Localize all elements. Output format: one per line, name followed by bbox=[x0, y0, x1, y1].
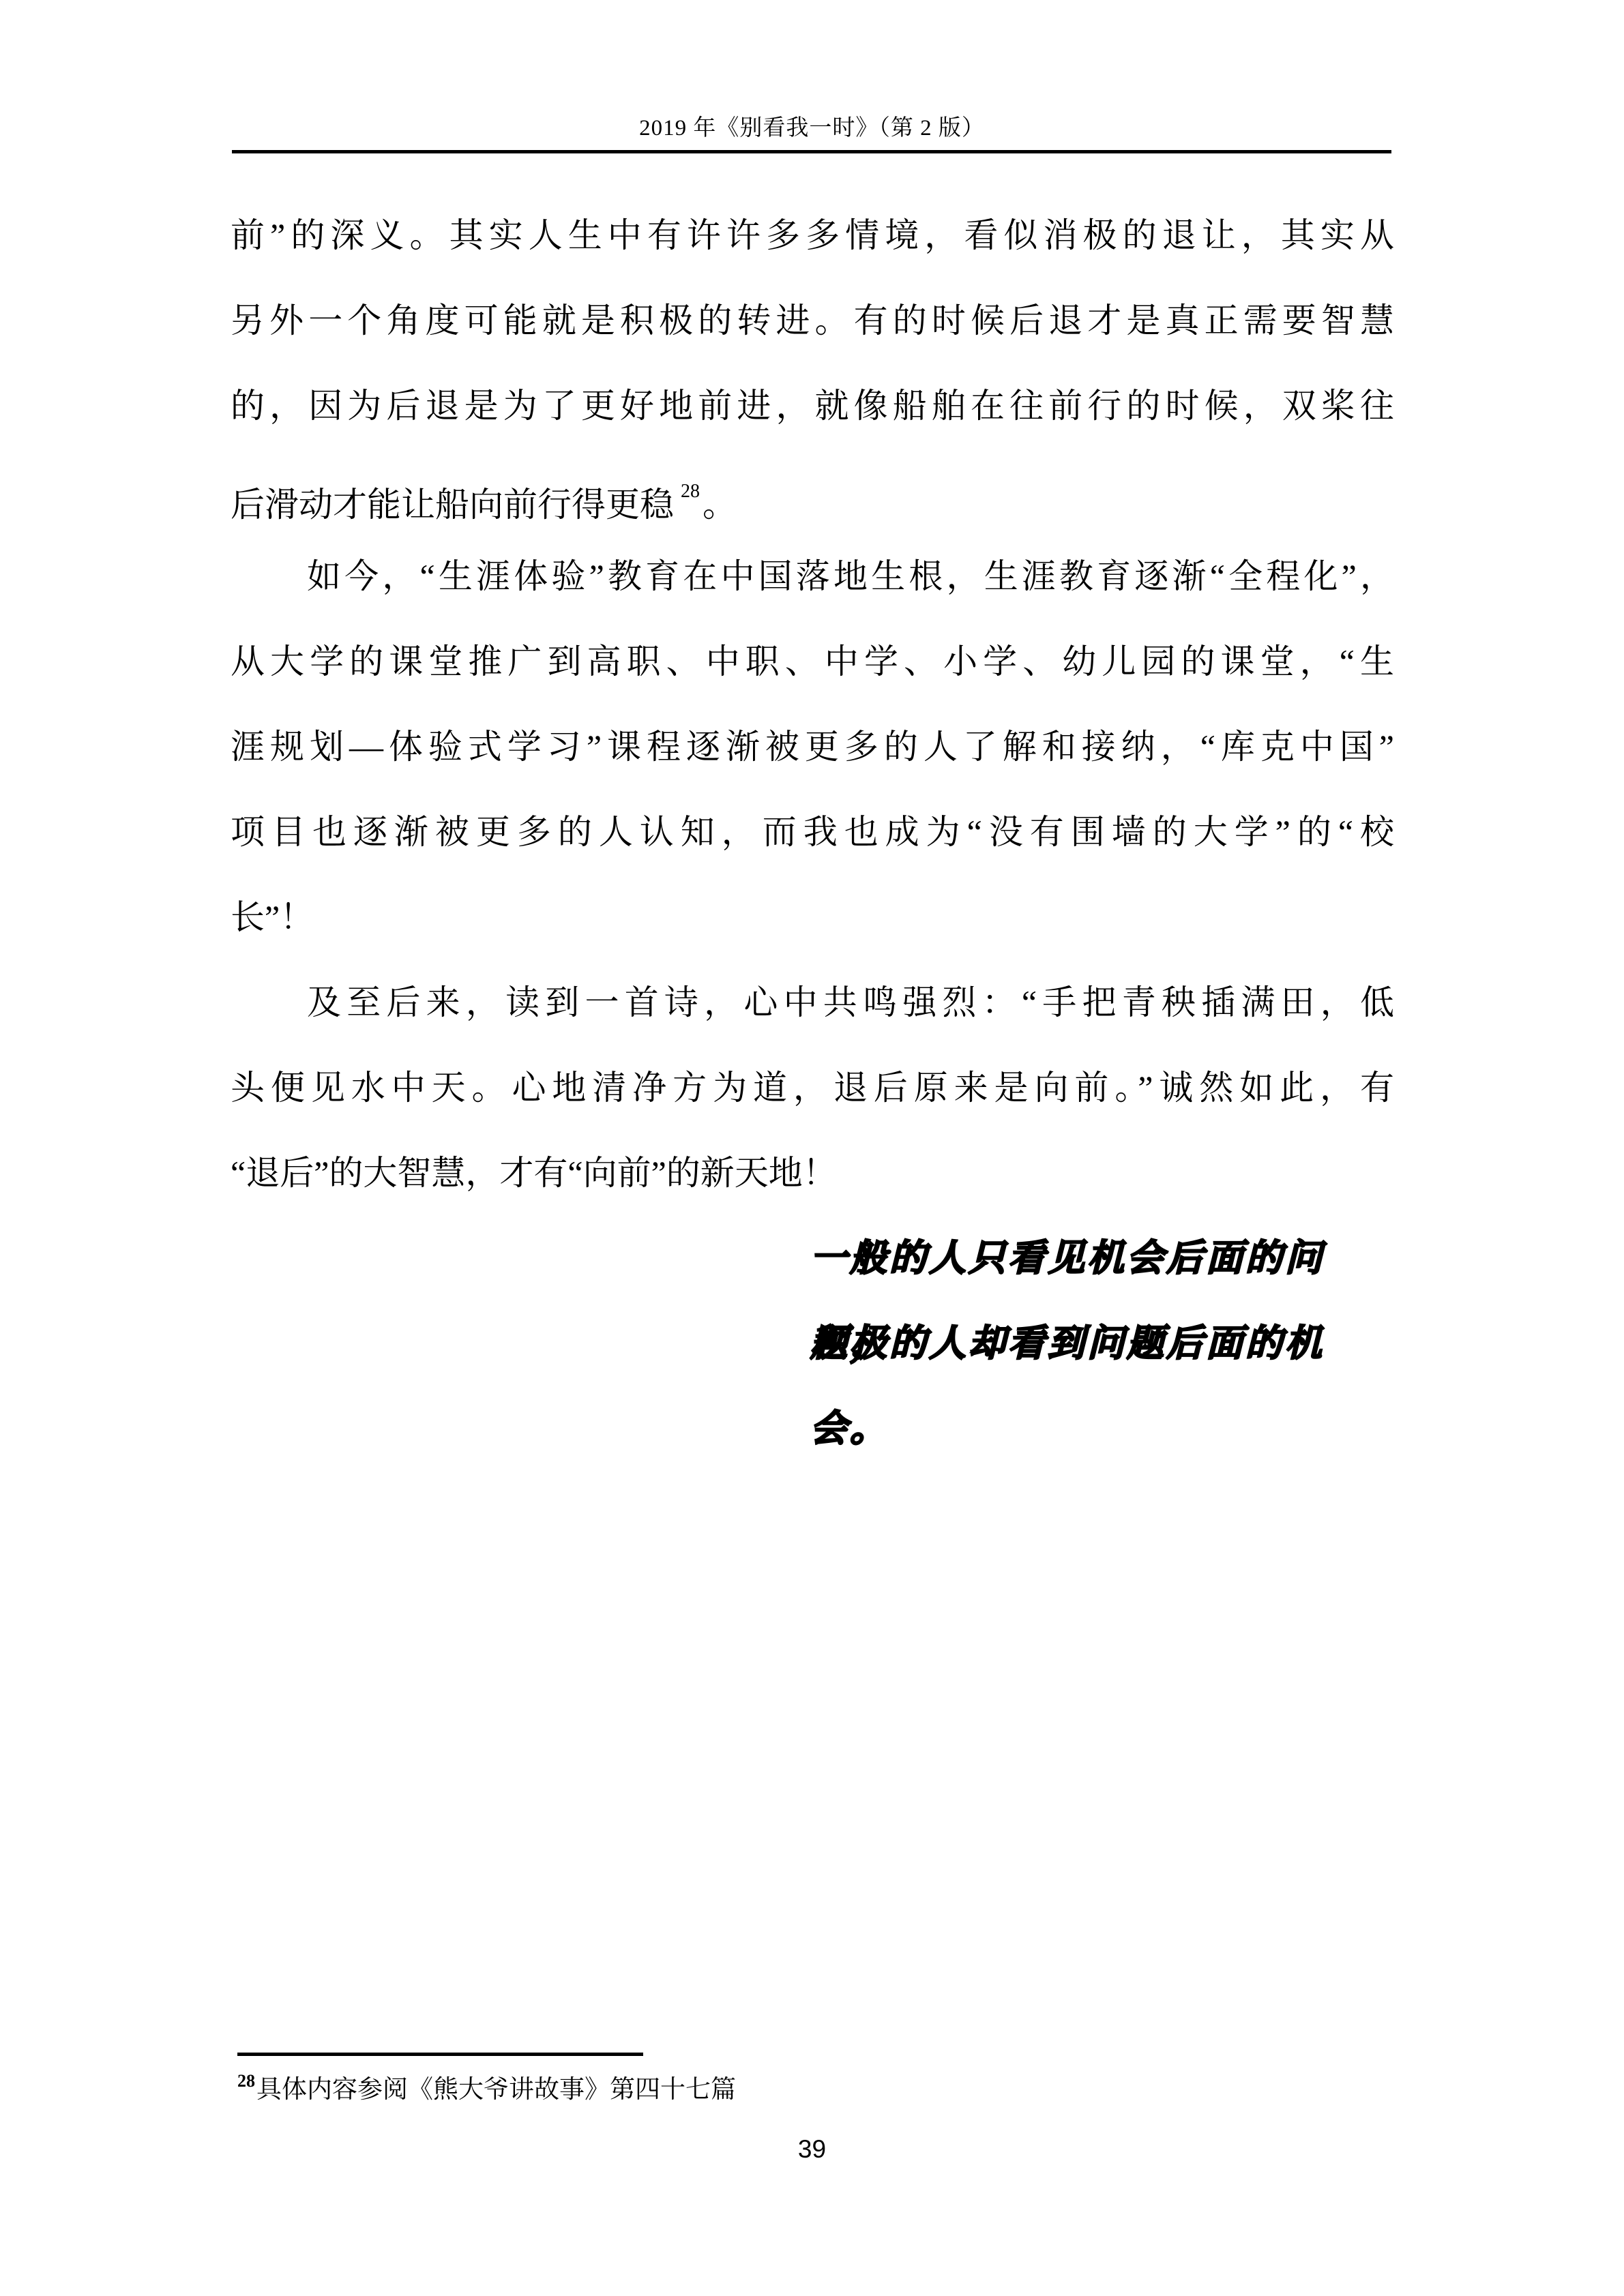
footnote-reference-28: 28 bbox=[681, 481, 700, 502]
body-line-11: 头便见水中天。心地清净方为道，退后原来是向前。”诚然如此，有 bbox=[231, 1045, 1394, 1131]
body-line-2: 另外一个角度可能就是积极的转进。有的时候后退才是真正需要智慧 bbox=[231, 278, 1394, 363]
document-page: 2019 年《别看我一时》（第 2 版） 前”的深义。其实人生中有许许多多情境，… bbox=[0, 0, 1624, 2296]
body-line-5: 如今，“生涯体验”教育在中国落地生根，生涯教育逐渐“全程化”， bbox=[231, 534, 1394, 619]
body-line-8: 项目也逐渐被更多的人认知，而我也成为“没有围墙的大学”的“校 bbox=[231, 790, 1394, 875]
body-line-6: 从大学的课堂推广到高职、中职、中学、小学、幼儿园的课堂，“生 bbox=[231, 619, 1394, 704]
body-line-1: 前”的深义。其实人生中有许许多多情境，看似消极的退让，其实从 bbox=[231, 193, 1394, 278]
header-rule bbox=[232, 150, 1391, 153]
page-body: 前”的深义。其实人生中有许许多多情境，看似消极的退让，其实从 另外一个角度可能就… bbox=[231, 193, 1394, 1386]
page-number: 39 bbox=[0, 2134, 1624, 2164]
calligraphy-quote-line-2: 积极的人却看到问题后面的机会。 bbox=[231, 1301, 1394, 1386]
footnote: 28具体内容参阅《熊大爷讲故事》第四十七篇 bbox=[237, 2063, 1397, 2108]
body-line-3: 的，因为后退是为了更好地前进，就像船舶在往前行的时候，双桨往 bbox=[231, 363, 1394, 449]
body-line-9: 长”！ bbox=[231, 875, 1394, 960]
calligraphy-quote-line-1: 一般的人只看见机会后面的问题， bbox=[231, 1216, 1394, 1301]
body-line-4-period: 。 bbox=[703, 486, 737, 524]
body-line-4-text: 后滑动才能让船向前行得更稳 bbox=[231, 486, 674, 524]
footnote-text: 具体内容参阅《熊大爷讲故事》第四十七篇 bbox=[256, 2076, 736, 2104]
footnote-marker-28: 28 bbox=[237, 2071, 255, 2091]
body-line-12: “退后”的大智慧，才有“向前”的新天地！ bbox=[231, 1131, 1394, 1216]
body-line-7: 涯规划—体验式学习”课程逐渐被更多的人了解和接纳，“库克中国” bbox=[231, 704, 1394, 790]
body-line-10: 及至后来，读到一首诗，心中共鸣强烈：“手把青秧插满田，低 bbox=[231, 960, 1394, 1045]
footnote-separator-rule bbox=[237, 2053, 643, 2056]
header-running-title: 2019 年《别看我一时》（第 2 版） bbox=[0, 115, 1624, 142]
body-line-4: 后滑动才能让船向前行得更稳28。 bbox=[231, 449, 1394, 534]
